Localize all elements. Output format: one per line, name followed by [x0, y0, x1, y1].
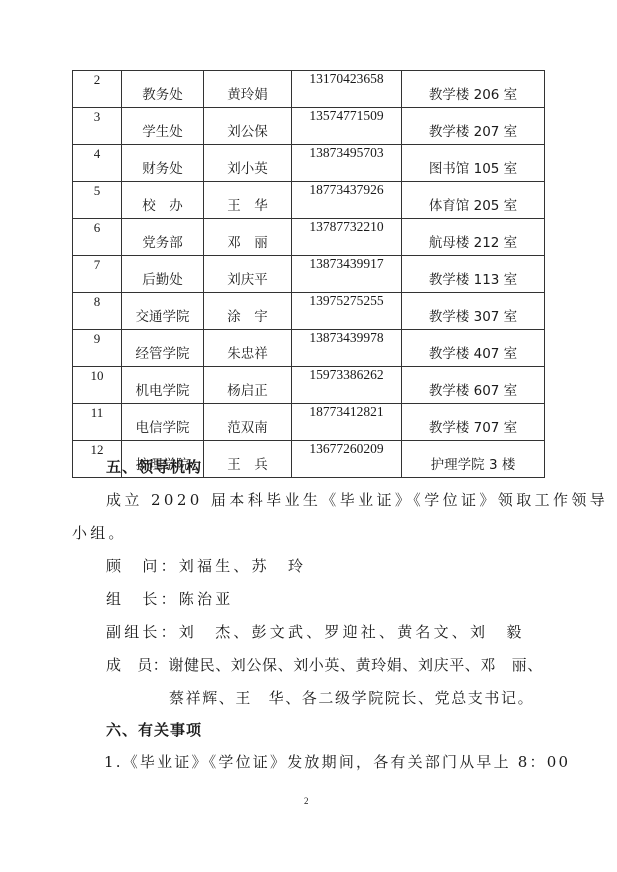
contact-name: 黄玲娟: [204, 71, 292, 108]
table-row: 7后勤处刘庆平13873439917教学楼 113 室: [73, 256, 545, 293]
contact-name: 王 华: [204, 182, 292, 219]
row-number: 10: [73, 367, 122, 404]
department: 经管学院: [122, 330, 204, 367]
section5-intro-line1: 成立 2020 届本科毕业生《毕业证》《学位证》领取工作领导: [106, 489, 608, 510]
row-number: 9: [73, 330, 122, 367]
row-number: 3: [73, 108, 122, 145]
row-number: 11: [73, 404, 122, 441]
members-line2: 蔡祥辉、王 华、各二级学院院长、党总支书记。: [169, 687, 534, 708]
department: 交通学院: [122, 293, 204, 330]
contacts-table: 2教务处黄玲娟13170423658教学楼 206 室 3学生处刘公保13574…: [72, 70, 545, 478]
department: 学生处: [122, 108, 204, 145]
table-row: 11电信学院范双南18773412821教学楼 707 室: [73, 404, 545, 441]
section6-heading: 六、有关事项: [106, 719, 202, 740]
location: 教学楼 707 室: [402, 404, 545, 441]
table-row: 3学生处刘公保13574771509教学楼 207 室: [73, 108, 545, 145]
location: 体育馆 205 室: [402, 182, 545, 219]
phone-number: 13873439978: [292, 330, 402, 367]
row-number: 6: [73, 219, 122, 256]
phone-number: 13677260209: [292, 441, 402, 478]
phone-number: 13873495703: [292, 145, 402, 182]
row-number: 4: [73, 145, 122, 182]
table-row: 6党务部邓 丽13787732210航母楼 212 室: [73, 219, 545, 256]
phone-number: 13873439917: [292, 256, 402, 293]
row-number: 5: [73, 182, 122, 219]
section6-item1: 1.《毕业证》《学位证》发放期间，各有关部门从早上 8：00: [104, 751, 570, 772]
page-number: 2: [304, 796, 309, 806]
contact-name: 涂 宇: [204, 293, 292, 330]
table-row: 2教务处黄玲娟13170423658教学楼 206 室: [73, 71, 545, 108]
phone-number: 13170423658: [292, 71, 402, 108]
members-line1: 成 员：谢健民、刘公保、刘小英、黄玲娟、刘庆平、邓 丽、: [106, 654, 543, 675]
phone-number: 18773412821: [292, 404, 402, 441]
contact-name: 刘公保: [204, 108, 292, 145]
table-row: 8交通学院涂 宇13975275255教学楼 307 室: [73, 293, 545, 330]
section5-heading: 五、领导机构: [106, 456, 202, 477]
department: 后勤处: [122, 256, 204, 293]
location: 教学楼 307 室: [402, 293, 545, 330]
location: 护理学院 3 楼: [402, 441, 545, 478]
document-page: 2教务处黄玲娟13170423658教学楼 206 室 3学生处刘公保13574…: [0, 0, 617, 872]
contact-name: 王 兵: [204, 441, 292, 478]
location: 图书馆 105 室: [402, 145, 545, 182]
phone-number: 15973386262: [292, 367, 402, 404]
department: 机电学院: [122, 367, 204, 404]
row-number: 2: [73, 71, 122, 108]
table-row: 4财务处刘小英13873495703图书馆 105 室: [73, 145, 545, 182]
contact-name: 刘庆平: [204, 256, 292, 293]
row-number: 7: [73, 256, 122, 293]
contact-name: 刘小英: [204, 145, 292, 182]
department: 校 办: [122, 182, 204, 219]
phone-number: 13787732210: [292, 219, 402, 256]
location: 教学楼 113 室: [402, 256, 545, 293]
contact-name: 杨启正: [204, 367, 292, 404]
phone-number: 13574771509: [292, 108, 402, 145]
location: 教学楼 407 室: [402, 330, 545, 367]
department: 党务部: [122, 219, 204, 256]
deputy-line: 副组长：刘 杰、彭文武、罗迎社、黄名文、刘 毅: [106, 621, 525, 642]
location: 航母楼 212 室: [402, 219, 545, 256]
location: 教学楼 207 室: [402, 108, 545, 145]
phone-number: 18773437926: [292, 182, 402, 219]
contact-name: 朱忠祥: [204, 330, 292, 367]
location: 教学楼 607 室: [402, 367, 545, 404]
location: 教学楼 206 室: [402, 71, 545, 108]
table-row: 9经管学院朱忠祥13873439978教学楼 407 室: [73, 330, 545, 367]
department: 财务处: [122, 145, 204, 182]
section5-intro-line2: 小组。: [72, 522, 127, 543]
table-row: 10机电学院杨启正15973386262教学楼 607 室: [73, 367, 545, 404]
phone-number: 13975275255: [292, 293, 402, 330]
advisors-line: 顾 问：刘福生、苏 玲: [106, 555, 306, 576]
department: 电信学院: [122, 404, 204, 441]
table-row: 5校 办王 华18773437926体育馆 205 室: [73, 182, 545, 219]
department: 教务处: [122, 71, 204, 108]
contact-name: 范双南: [204, 404, 292, 441]
contact-name: 邓 丽: [204, 219, 292, 256]
leader-line: 组 长：陈治亚: [106, 588, 233, 609]
row-number: 8: [73, 293, 122, 330]
